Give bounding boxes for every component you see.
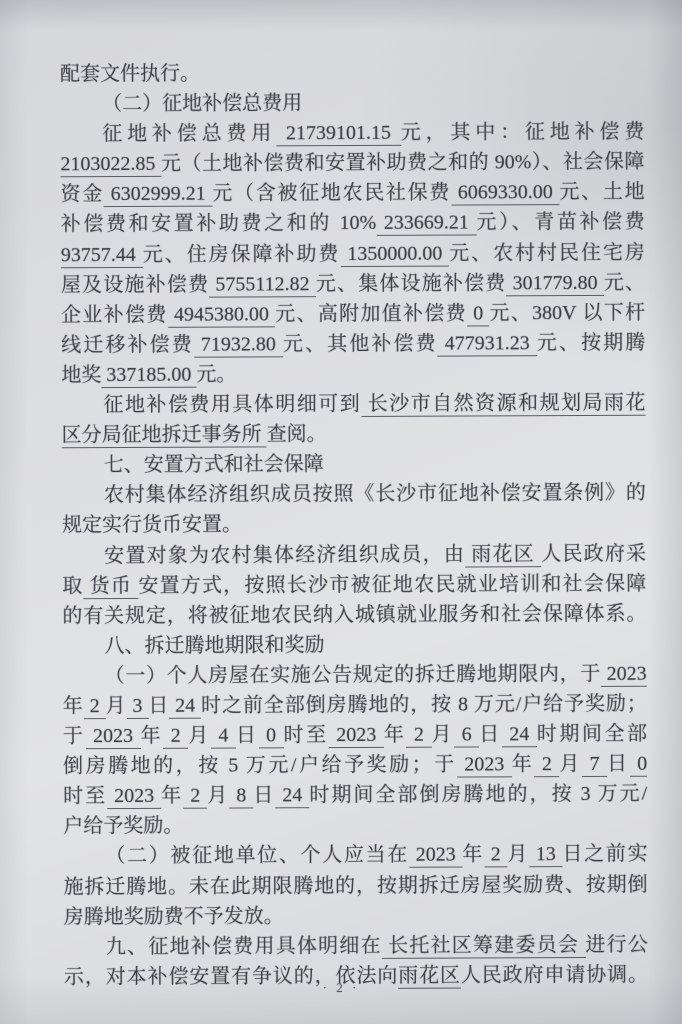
text-segment: 月 — [507, 844, 529, 866]
text-segment: 安置方式，按照长沙市被征地农民就业培训和社会保障 — [138, 572, 646, 596]
text-segment: 配套文件执行。 — [60, 63, 200, 86]
text-segment: 时期间全部 — [537, 723, 647, 745]
text-line: 93757.44 元、住房保障补助费 1350000.00 元、农村村民住宅房 — [61, 237, 645, 270]
filled-blank: 2103022.85 — [60, 153, 161, 177]
text-segment: 日 — [607, 753, 630, 775]
text-line: 企业补偿费 4945380.00 元、高附加值补偿费 0 元、380V 以下杆 — [61, 297, 645, 330]
filled-blank: 24 — [169, 695, 201, 719]
text-line: 户给予奖励。 — [63, 809, 647, 842]
filled-blank: 长沙市自然资源和规划局雨花 — [361, 392, 645, 417]
text-segment: 户给予奖励。 — [63, 815, 183, 838]
text-segment: 时至 — [284, 724, 329, 746]
text-segment: 时期间全部倒房腾地的，按 3 万元/ — [309, 783, 647, 806]
filled-blank: 2 — [534, 753, 559, 777]
filled-blank: 6302999.21 — [104, 183, 213, 207]
filled-blank: 0 — [258, 724, 283, 748]
text-line: 安置对象为农村集体经济组织成员，由 雨花区 人民政府采 — [62, 538, 646, 571]
text-line: 资金 6302999.21 元（含被征地农民社保费 6069330.00 元、土… — [60, 177, 644, 210]
text-segment: 征地补偿费用具体明细可到 — [103, 393, 361, 416]
text-segment: 年 — [384, 724, 407, 746]
filled-blank: 4945380.00 — [168, 303, 276, 327]
text-segment: 于 — [63, 725, 86, 747]
text-segment: 年 — [63, 695, 84, 717]
document-photo: 配套文件执行。（二）征地补偿总费用征地补偿总费用 21739101.15 元，其… — [0, 0, 682, 1024]
text-segment: 元。 — [196, 363, 236, 385]
text-segment: 施拆迁腾地。未在此期限腾地的，按期拆迁房屋奖励费、按期倒 — [64, 873, 648, 898]
text-segment: 年 — [462, 844, 484, 866]
text-segment: 安置对象为农村集体经济组织成员，由 — [104, 543, 465, 567]
filled-blank: 2023 — [329, 724, 384, 748]
filled-blank: 13 — [529, 844, 562, 868]
filled-blank: 233669.21 — [376, 212, 476, 236]
text-segment: 时至 — [63, 785, 107, 807]
filled-blank: 雨花区 — [465, 543, 541, 567]
filled-blank: 3 — [126, 695, 148, 719]
filled-blank: 2023 — [85, 725, 140, 749]
text-segment: 元、土地 — [559, 181, 644, 203]
text-segment: 元、按期腾 — [537, 332, 645, 354]
text-segment: 元，其中：征地补偿费 — [401, 121, 645, 144]
text-segment: 补偿费和安置补助费之和的 10% — [61, 212, 377, 235]
text-segment: 年 — [141, 725, 164, 747]
text-line: 施拆迁腾地。未在此期限腾地的，按期拆迁房屋奖励费、按期倒 — [64, 869, 648, 902]
text-segment: 年 — [512, 753, 535, 775]
text-segment: 日 — [148, 695, 169, 717]
text-segment: 九、征地补偿费用具体明细在 — [106, 935, 382, 958]
text-line: 区分局征地拆迁事务所 查阅。 — [62, 418, 646, 451]
filled-blank: 货币 — [83, 575, 138, 599]
filled-blank: 477931.23 — [438, 332, 537, 356]
text-line: 房腾地奖励费不予发放。 — [64, 899, 648, 932]
text-segment: 进行公 — [585, 933, 648, 955]
text-segment: 元（含被征地农民社保费 — [212, 182, 451, 205]
text-segment: 元、农村村民住宅房 — [449, 241, 645, 264]
filled-blank: 8 — [229, 785, 253, 809]
text-segment: 元、380V 以下杆 — [489, 301, 645, 324]
text-segment: 查阅。 — [267, 423, 327, 445]
text-line: 农村集体经济组织成员按照《长沙市征地补偿安置条例》的 — [62, 478, 646, 511]
text-segment: 日 — [236, 724, 259, 746]
text-line: 倒房腾地的，按 5 万元/户给予奖励；于 2023 年 2 月 7 日 0 — [63, 749, 647, 782]
filled-blank: 2023 — [107, 785, 161, 809]
text-line: 配套文件执行。 — [60, 57, 644, 90]
text-line: 线迁移补偿费 71932.80 元、其他补偿费 477931.23 元、按期腾 — [61, 328, 645, 361]
text-segment: 月 — [431, 724, 454, 746]
text-line: 取 货币 安置方式，按照长沙市被征地农民就业培训和社会保障 — [62, 568, 646, 601]
text-segment: 元、集体设施补偿费 — [316, 272, 507, 295]
text-segment: 时之前全部倒房腾地的，按 8 万元/户给予奖励； — [201, 693, 647, 717]
text-line: （一）个人房屋在实施公告规定的拆迁腾地期限内，于 2023 — [63, 659, 647, 692]
text-line: 补偿费和安置补助费之和的 10% 233669.21 元）、青苗补偿费 — [61, 207, 645, 240]
filled-blank: 6069330.00 — [451, 181, 560, 205]
text-segment: 月 — [188, 725, 211, 747]
filled-blank: 1350000.00 — [340, 242, 449, 266]
text-segment: 月 — [559, 753, 582, 775]
document-text: 配套文件执行。（二）征地补偿总费用征地补偿总费用 21739101.15 元，其… — [60, 57, 648, 992]
text-segment: 元、住房保障补助费 — [143, 243, 341, 266]
text-segment: 资金 — [61, 183, 105, 205]
filled-blank: 93757.44 — [61, 243, 143, 267]
text-segment: 年 — [161, 785, 183, 807]
text-segment: 的有关规定，将被征地农民纳入城镇就业服务和社会保障体系。 — [62, 602, 646, 627]
filled-blank: 21739101.15 — [276, 122, 401, 147]
filled-blank: 7 — [582, 753, 607, 777]
text-segment: 月 — [207, 785, 229, 807]
text-segment: 元、其他补偿费 — [283, 332, 438, 355]
text-line: 征地补偿费用具体明细可到 长沙市自然资源和规划局雨花 — [61, 388, 645, 421]
text-segment: 屋及设施补偿费 — [61, 273, 209, 296]
filled-blank: 24 — [502, 723, 537, 747]
text-line: 屋及设施补偿费 5755112.82 元、集体设施补偿费 301779.80 元… — [61, 267, 645, 300]
text-segment: （二）被征地单位、个人应当在 — [105, 844, 409, 867]
filled-blank: 337185.00 — [101, 364, 196, 388]
filled-blank: 0 — [630, 753, 648, 777]
filled-blank: 区分局征地拆迁事务所 — [62, 424, 267, 449]
filled-blank: 301779.80 — [506, 272, 603, 296]
text-line: 2103022.85 元（土地补偿费和安置补助费之和的 90%）、社会保障 — [60, 147, 644, 180]
text-segment: 征地补偿总费用 — [102, 123, 276, 146]
text-line: （二）被征地单位、个人应当在 2023 年 2 月 13 日之前实 — [63, 839, 647, 872]
text-segment: 规定实行货币安置。 — [62, 514, 242, 537]
filled-blank: 4 — [211, 725, 236, 749]
text-segment: 线迁移补偿费 — [61, 334, 194, 357]
text-segment: （一）个人房屋在实施公告规定的拆迁腾地期限内，于 — [105, 663, 601, 687]
filled-blank: 2023 — [457, 753, 512, 777]
text-line: 的有关规定，将被征地农民纳入城镇就业服务和社会保障体系。 — [62, 598, 646, 631]
text-segment: 元）、青苗补偿费 — [476, 211, 644, 234]
filled-blank: 5755112.82 — [209, 273, 316, 297]
text-segment: 八、拆迁腾地期限和奖励 — [104, 634, 324, 657]
text-segment: 七、安置方式和社会保障 — [104, 453, 324, 476]
text-segment: 地奖 — [61, 364, 101, 386]
filled-blank: 71932.80 — [194, 333, 283, 357]
filled-blank: 0 — [467, 302, 490, 326]
filled-blank: 24 — [275, 784, 309, 808]
text-segment: 企业补偿费 — [61, 304, 168, 326]
text-line: 八、拆迁腾地期限和奖励 — [62, 629, 646, 662]
text-line: 于 2023 年 2 月 4 日 0 时至 2023 年 2 月 6 日 24 … — [63, 719, 647, 752]
text-line: 年 2 月 3 日 24 时之前全部倒房腾地的，按 8 万元/户给予奖励； — [63, 689, 647, 722]
filled-blank: 2 — [406, 724, 431, 748]
filled-blank: 2 — [183, 785, 207, 809]
text-segment: 人民政府采 — [541, 542, 646, 564]
text-segment: 房腾地奖励费不予发放。 — [64, 905, 284, 928]
text-segment: （二）征地补偿总费用 — [102, 92, 302, 115]
filled-blank: 6 — [454, 724, 479, 748]
filled-blank: 长托社区筹建委员会 — [382, 934, 586, 959]
text-line: 九、征地补偿费用具体明细在 长托社区筹建委员会 进行公 — [64, 929, 648, 962]
text-line: 七、安置方式和社会保障 — [62, 448, 646, 481]
text-segment: 农村集体经济组织成员按照《长沙市征地补偿安置条例》的 — [104, 482, 646, 506]
text-segment: 倒房腾地的，按 5 万元/户给予奖励；于 — [63, 754, 457, 778]
text-line: （二）征地补偿总费用 — [60, 87, 644, 120]
text-segment: 元、 — [604, 271, 645, 293]
filled-blank: 2 — [84, 695, 106, 719]
text-line: 规定实行货币安置。 — [62, 508, 646, 541]
filled-blank: 2023 — [601, 663, 647, 687]
text-segment: 元、高附加值补偿费 — [275, 302, 467, 325]
text-segment: 月 — [106, 695, 127, 717]
filled-blank: 2 — [484, 844, 507, 868]
text-segment: 日 — [253, 785, 275, 807]
text-segment: 元（土地补偿费和安置补助费之和的 90%）、社会保障 — [161, 151, 645, 175]
text-line: 征地补偿总费用 21739101.15 元，其中：征地补偿费 — [60, 117, 644, 150]
text-segment: 日之前实 — [562, 843, 647, 865]
page-number: · 2 · — [0, 980, 682, 996]
text-line: 地奖 337185.00 元。 — [61, 358, 645, 391]
text-segment: 日 — [479, 723, 502, 745]
filled-blank: 2 — [163, 725, 188, 749]
filled-blank: 2023 — [409, 844, 462, 868]
text-segment: 取 — [62, 575, 83, 597]
text-line: 时至 2023 年 2 月 8 日 24 时期间全部倒房腾地的，按 3 万元/ — [63, 779, 647, 812]
